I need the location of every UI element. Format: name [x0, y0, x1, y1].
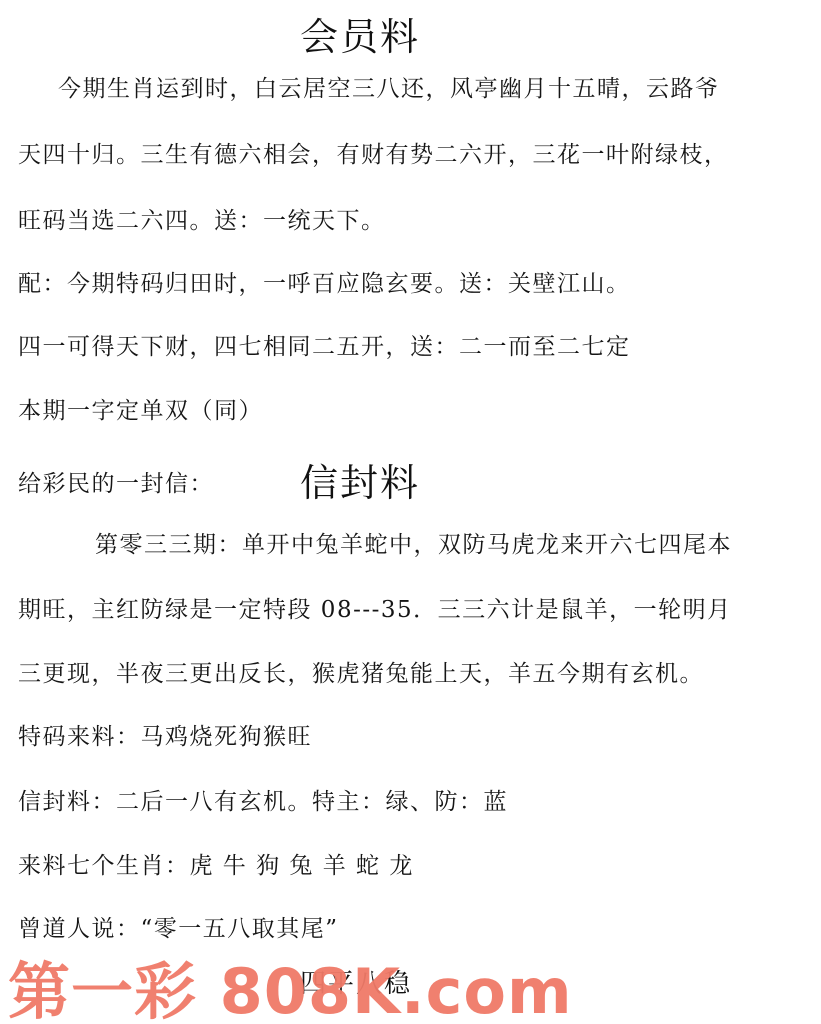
section-title-member: 会员料: [300, 6, 420, 61]
envelope-line-4: 特码来料：马鸡烧死狗猴旺: [18, 718, 312, 751]
envelope-line-2: 期旺，主红防绿是一定特段 08---35．三三六计是鼠羊，一轮明月: [18, 591, 732, 624]
envelope-line-5: 信封料：二后一八有玄机。特主：绿、防：蓝: [18, 783, 508, 816]
envelope-line-1: 第零三三期：单开中兔羊蛇中，双防马虎龙来开六七四尾本: [95, 526, 732, 559]
member-line-6: 本期一字定单双（同）: [18, 392, 263, 425]
member-line-3: 旺码当选二六四。送：一统天下。: [18, 202, 386, 235]
member-line-2: 天四十归。三生有德六相会，有财有势二六开，三花一叶附绿枝，: [18, 136, 729, 169]
site-watermark: 第一彩 808K.com: [8, 942, 573, 1024]
member-line-1: 今期生肖运到时，白云居空三八还，风亭幽月十五晴，云路爷: [58, 70, 720, 103]
member-line-5: 四一可得天下财，四七相同二五开，送：二一而至二七定: [18, 328, 631, 361]
section-title-envelope: 信封料: [300, 452, 420, 507]
envelope-line-3: 三更现，半夜三更出反长，猴虎猪兔能上天，羊五今期有玄机。: [18, 655, 704, 688]
envelope-line-7: 曾道人说：“零一五八取其尾”: [18, 910, 339, 943]
letter-prefix: 给彩民的一封信：: [18, 465, 214, 498]
member-line-4: 配：今期特码归田时，一呼百应隐玄要。送：关壁江山。: [18, 265, 631, 298]
envelope-line-6: 来料七个生肖：虎 牛 狗 兔 羊 蛇 龙: [18, 847, 414, 880]
